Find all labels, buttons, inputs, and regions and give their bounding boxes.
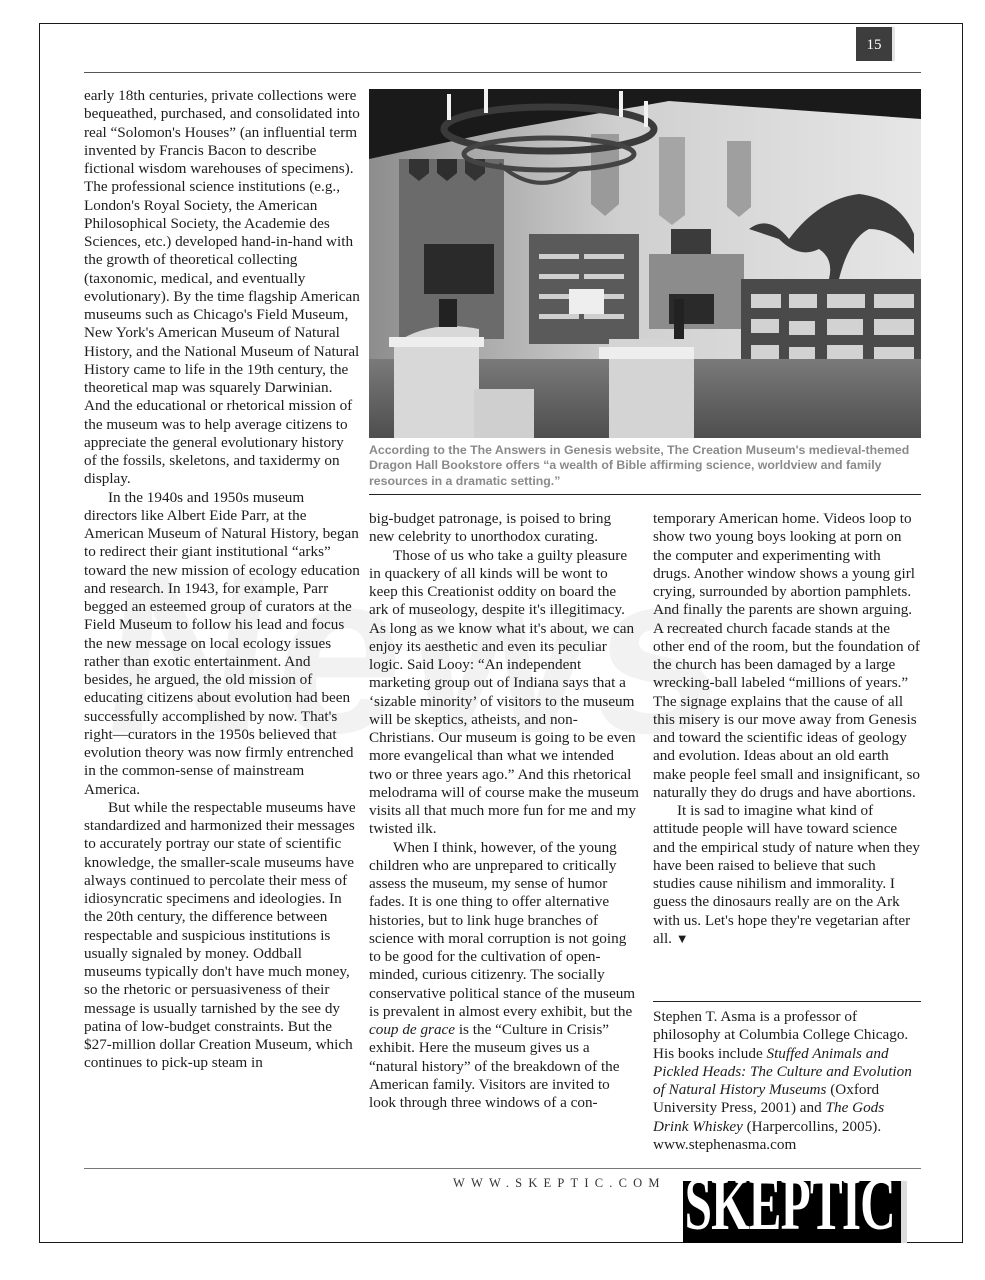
paragraph: In the 1940s and 1950s museum directors … (84, 489, 360, 799)
caption-rule (369, 494, 921, 495)
paragraph: When I think, however, of the young chil… (369, 839, 639, 1113)
paragraph: Those of us who take a guilty pleasure i… (369, 547, 639, 839)
page-number: 15 (856, 27, 892, 61)
article-column-3: temporary American home. Videos loop to … (653, 510, 921, 948)
photo-caption: According to the The Answers in Genesis … (369, 443, 921, 489)
paragraph: It is sad to imagine what kind of attitu… (653, 802, 921, 948)
paragraph: big-budget patronage, is poised to bring… (369, 510, 639, 547)
article-column-2: big-budget patronage, is poised to bring… (369, 510, 639, 1112)
end-of-article-triangle-icon: ▼ (676, 931, 689, 946)
header-rule (84, 72, 921, 73)
author-bio: Stephen T. Asma is a professor of philos… (653, 1008, 921, 1154)
bookstore-photo-image (369, 89, 921, 438)
bookstore-photo (369, 89, 921, 438)
text-run: When I think, however, of the young chil… (369, 839, 635, 1020)
text-run: It is sad to imagine what kind of attitu… (653, 802, 920, 947)
skeptic-logo-text: SKEPTIC (683, 1181, 862, 1243)
paragraph: temporary American home. Videos loop to … (653, 510, 921, 802)
footer-website: WWW.SKEPTIC.COM (453, 1176, 666, 1191)
footer-rule (84, 1168, 921, 1169)
paragraph: early 18th centuries, private collection… (84, 87, 360, 489)
paragraph: But while the respectable museums have s… (84, 799, 360, 1073)
italic-phrase: coup de grace (369, 1021, 455, 1038)
bio-rule (653, 1001, 921, 1002)
article-column-1: early 18th centuries, private collection… (84, 87, 360, 1073)
skeptic-logo: SKEPTIC (683, 1181, 901, 1243)
